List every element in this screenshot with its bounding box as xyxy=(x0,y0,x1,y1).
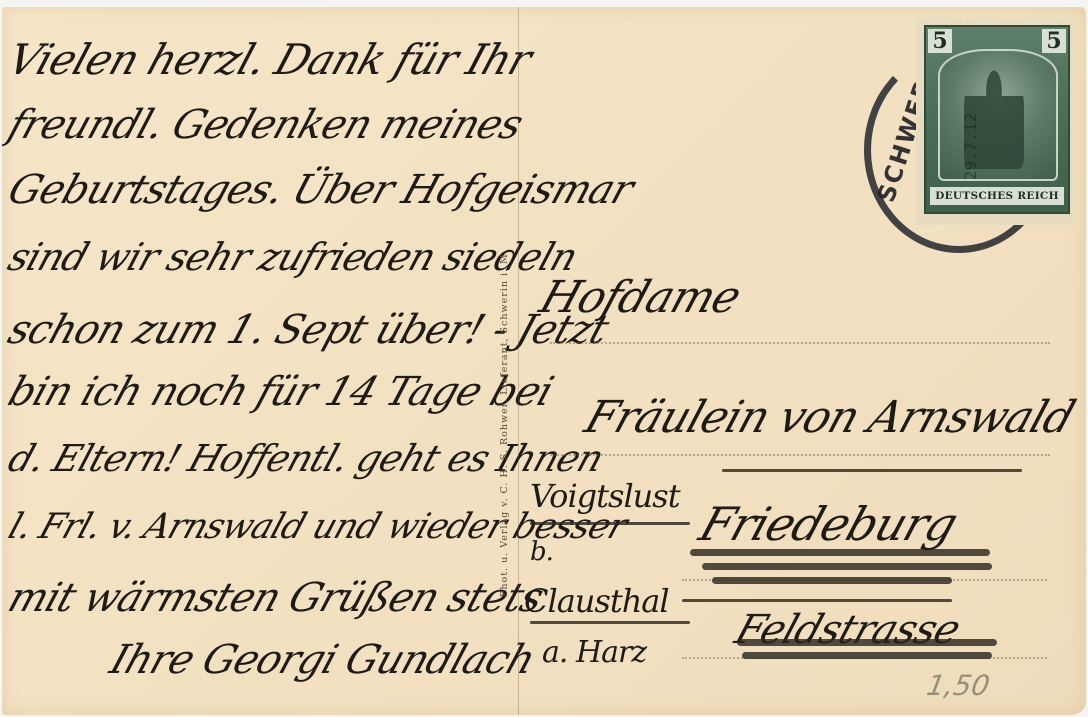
city-underline xyxy=(530,621,690,624)
message-line: sind wir sehr zufrieden siedeln xyxy=(3,235,583,279)
struck-old-town: Friedeburg xyxy=(693,497,964,551)
postcard: Vielen herzl. Dank für Ihr freundl. Gede… xyxy=(2,7,1086,715)
new-location-city: Clausthal xyxy=(524,582,669,620)
struck-old-street: Feldstrasse xyxy=(730,607,966,653)
strikethrough xyxy=(712,577,952,584)
arrow-line xyxy=(682,599,952,602)
postmark-date: 29.7.12 xyxy=(961,113,980,180)
message-line: mit wärmsten Grüßen stets xyxy=(3,575,549,621)
stamp-denomination-right: 5 xyxy=(1042,29,1066,53)
addressee-name: Fräulein von Arnswald xyxy=(579,392,1081,443)
town-underline xyxy=(530,522,690,525)
address-dotted-line xyxy=(550,342,1050,344)
strikethrough xyxy=(737,639,997,646)
strikethrough xyxy=(702,563,992,570)
name-underline xyxy=(722,469,1022,472)
message-line: bin ich noch für 14 Tage bei xyxy=(3,369,559,415)
message-line: Vielen herzl. Dank für Ihr xyxy=(2,35,537,84)
new-location-near: b. xyxy=(530,537,553,567)
message-line: freundl. Gedenken meines xyxy=(3,102,528,148)
new-location-region: a. Harz xyxy=(542,635,646,670)
strikethrough xyxy=(690,549,990,556)
stamp-design: 5 5 DEUTSCHES REICH xyxy=(924,25,1070,214)
addressee-title: Hofdame xyxy=(534,272,747,323)
new-location-town: Voigtslust xyxy=(530,477,680,515)
message-line: schon zum 1. Sept über! - Jetzt xyxy=(3,307,614,353)
publisher-imprint: Phot. u. Verlag v. C. H. S. Rohwer, Lief… xyxy=(499,249,510,597)
strikethrough xyxy=(742,652,992,659)
pencil-price-note: 1,50 xyxy=(924,669,992,702)
message-line: Geburtstages. Über Hofgeismar xyxy=(3,167,639,213)
stamp-country: DEUTSCHES REICH xyxy=(930,187,1064,205)
signature: Ihre Georgi Gundlach xyxy=(105,637,541,683)
address-dotted-line xyxy=(550,454,1050,456)
divider-line xyxy=(518,7,519,715)
postage-stamp: 5 5 DEUTSCHES REICH xyxy=(916,15,1076,225)
stamp-denomination-left: 5 xyxy=(928,29,952,53)
